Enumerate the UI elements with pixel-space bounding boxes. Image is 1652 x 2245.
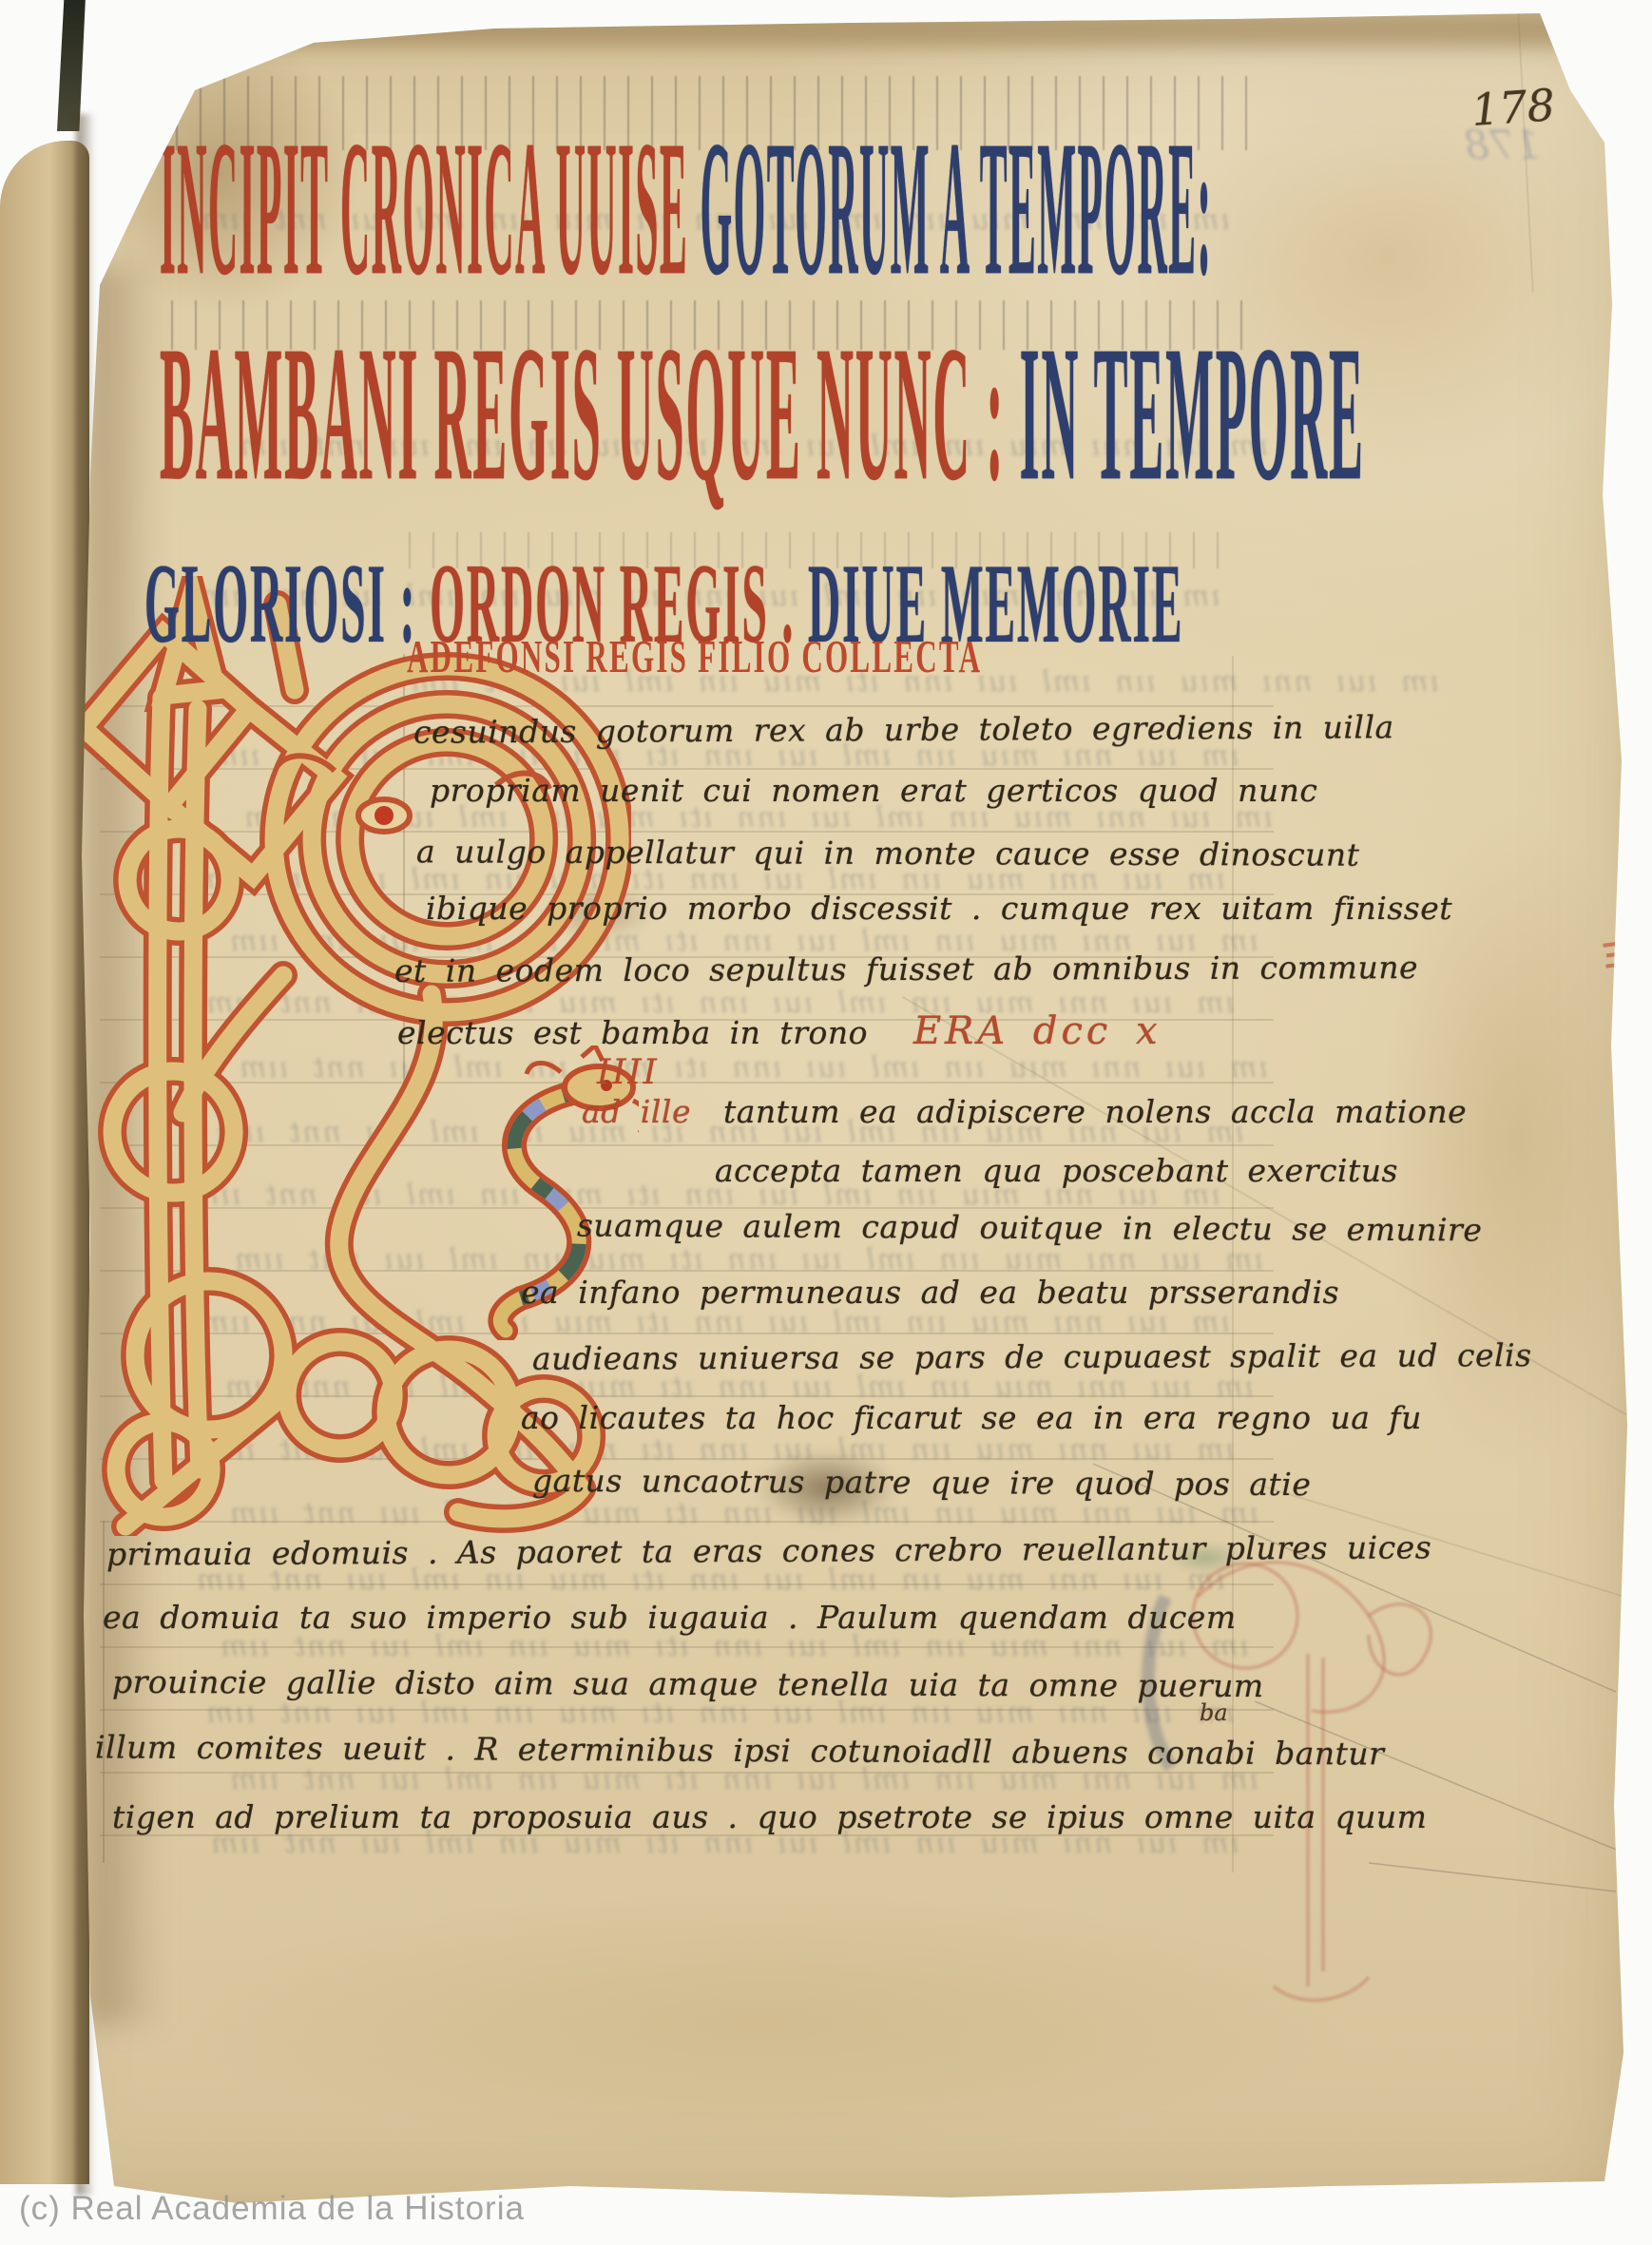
text-line: et in eodem loco sepultus fuisset ab omn…	[394, 949, 1418, 989]
text-line: prouincie gallie disto aim sua amque ten…	[112, 1663, 1264, 1704]
text-line: ea domuia ta suo imperio sub iugauia . P…	[103, 1599, 1237, 1636]
heading-1-blue-segment: GOTORUM A TEMPORE:	[701, 102, 1213, 317]
heading-2-red-segment: BAMBANI REGIS USQUE NUNC :	[160, 307, 1005, 522]
text-line: gatus uncaotrus patre que ire quod pos a…	[532, 1462, 1312, 1503]
heading-line-2: BAMBANI REGIS USQUE NUNC : IN TEMPORE	[160, 317, 1365, 511]
text-line: ao licautes ta hoc ficarut se ea in era …	[521, 1399, 1422, 1436]
red-edge-marks	[1601, 934, 1647, 974]
folio-number: 178	[1470, 79, 1556, 136]
text-line: tigen ad prelium ta proposuia aus . quo …	[112, 1798, 1427, 1835]
text-line: a uulgo appellatur qui in monte cauce es…	[416, 833, 1360, 873]
heading-3-blue-segment-1: GLORIOSI :	[144, 542, 416, 668]
text-line: ea infano permuneaus ad ea beatu prssera…	[521, 1274, 1339, 1311]
text-line: electus est bamba in trono ERA dcc x	[397, 1009, 1162, 1053]
text-line: cesuindus gotorum rex ab urbe toleto egr…	[413, 708, 1394, 750]
text-line: audieans uniuersa se pars de cupuaest sp…	[532, 1336, 1532, 1377]
text-line: suamque aulem capud ouitque in electu se…	[577, 1207, 1483, 1249]
text-line: propriam uenit cui nomen erat gerticos q…	[430, 772, 1317, 809]
text-line: accepta tamen qua poscebant exercitus	[715, 1152, 1398, 1189]
parchment-page: ım ıuı nnı mıu ıın ıml ıuı ınn ıtı mıu ı…	[0, 0, 1652, 2245]
text-line: ibique proprio morbo discessit . cumque …	[426, 890, 1452, 927]
heading-line-1: INCIPIT CRONICA UUISE GOTORUM A TEMPORE:	[160, 112, 1212, 306]
text-line: primauia edomuis . As paoret ta eras con…	[106, 1528, 1431, 1572]
rubric-inline: ad ille	[582, 1093, 723, 1130]
heading-1-red-segment: INCIPIT CRONICA UUISE	[160, 102, 688, 317]
stain	[124, 13, 1568, 48]
text-line: illum comites ueuit . R eterminibus ipsi…	[95, 1728, 1385, 1772]
serpent-eye	[375, 806, 394, 825]
heading-2-blue-segment: IN TEMPORE	[1020, 307, 1365, 522]
ruling-line-vertical	[103, 1521, 105, 1863]
roman-numeral-iiii: IIII	[597, 1053, 659, 1092]
bookmark-ribbon	[57, 0, 86, 131]
watermark-copyright: (c) Real Academia de la Historia	[19, 2190, 525, 2228]
text-line: ad ille tantum ea adipiscere nolens accl…	[582, 1093, 1467, 1130]
manuscript-photo: ım ıuı nnı mıu ıın ıml ıuı ınn ıtı mıu ı…	[0, 0, 1652, 2245]
era-notation: ERA dcc x	[868, 1009, 1162, 1053]
rubric-line: ADEFONSI REGIS FILIO COLLECTA	[407, 635, 982, 681]
